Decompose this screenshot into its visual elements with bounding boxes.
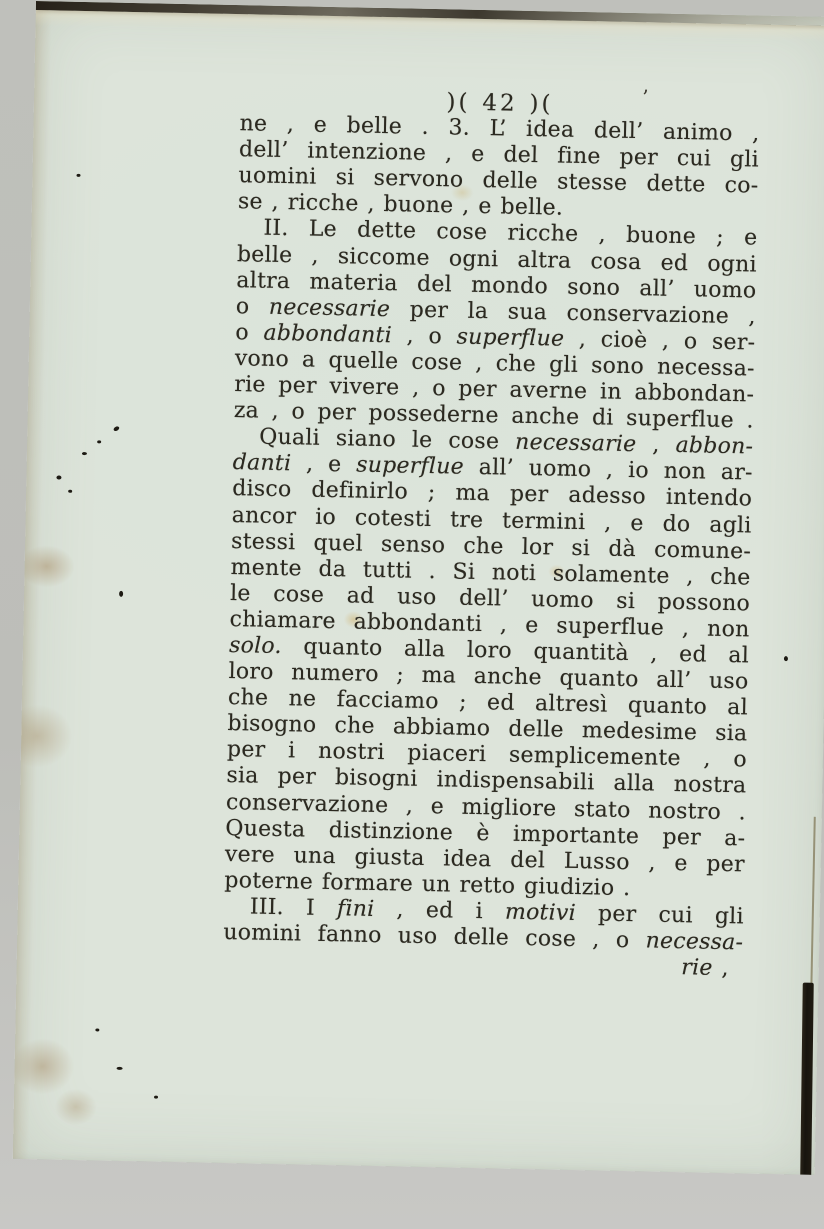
- page-top-edge-shadow: [36, 1, 824, 26]
- text-segment: o: [236, 294, 270, 320]
- ink-speck: [76, 174, 80, 177]
- text-segment: abbondanti: [263, 320, 392, 348]
- text-segment: , e: [291, 452, 356, 478]
- text-segment: necessarie: [269, 294, 391, 321]
- text-segment: ,: [636, 432, 676, 458]
- text-segment: III. I: [250, 894, 338, 921]
- ink-speck: [82, 452, 87, 455]
- text-segment: solo.: [229, 633, 282, 659]
- adjacent-page-edge-dark: [800, 983, 814, 1175]
- ink-speck: [56, 476, 61, 480]
- text-segment: superflue: [456, 324, 564, 351]
- text-segment: , ed i: [374, 897, 505, 925]
- text-segment: superflue: [356, 453, 464, 480]
- text-segment: ,: [712, 956, 729, 981]
- text-segment: Quali siano le cose: [259, 425, 515, 455]
- book-page: ’ )( 42 )( ne , e belle . 3. L’ idea del…: [13, 1, 824, 1175]
- text-segment: necessa-: [645, 928, 743, 955]
- body-text: ne , e belle . 3. L’ idea dell’ animo ,d…: [223, 111, 760, 982]
- text-segment: necessarie: [515, 430, 637, 457]
- text-segment: o: [235, 320, 264, 346]
- text-segment: motivi: [505, 900, 576, 926]
- text-segment: per cui gli: [576, 901, 744, 929]
- ink-speck: [113, 426, 120, 432]
- ink-speck: [97, 440, 101, 443]
- text-block: )( 42 )( ne , e belle . 3. L’ idea dell’…: [223, 85, 761, 982]
- text-segment: , o: [392, 323, 457, 349]
- ink-speck: [119, 591, 123, 597]
- ink-speck: [68, 490, 72, 493]
- ink-speck: [95, 1028, 99, 1031]
- text-segment: danti: [233, 450, 292, 476]
- text-segment: abbon-: [675, 433, 753, 460]
- text-segment: , cioè , o ser-: [564, 327, 756, 356]
- ink-speck: [154, 1096, 158, 1099]
- ink-speck: [117, 1067, 123, 1070]
- ink-speck: [784, 656, 788, 661]
- text-segment: rie: [681, 955, 713, 981]
- text-segment: fini: [337, 896, 375, 922]
- adjacent-page-edge-line: [810, 817, 816, 997]
